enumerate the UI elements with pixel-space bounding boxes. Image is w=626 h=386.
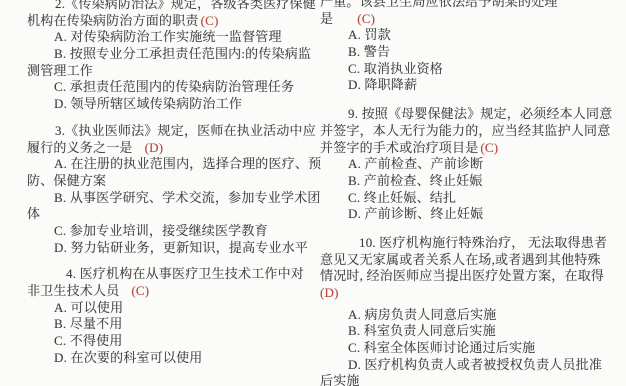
option-line: C. 不得使用 [27,333,323,350]
option-line: A. 罚款 [320,27,626,44]
option-line: A. 可以使用 [27,300,323,317]
option-text: B. 科室负责人同意后实施 [348,323,496,338]
question-text: 意见又无家属或者关系人在场,或者遇到其他特殊 [320,252,601,267]
question-line: 履行的义务之一是(D) [27,140,323,157]
right-column: 严重。该县卫生局应依法给予胡某的处理 是(C) A. 罚款 B. 警告 C. 取… [320,0,626,386]
question-text: 并签字的手术或治疗项目是 [320,140,478,155]
option-line: C. 科室全体医师讨论通过后实施 [320,340,626,357]
option-text: 后实施 [320,373,360,386]
option-text: B. 按照专业分工承担责任范围内:的传染病监 [54,46,311,61]
option-line: D. 领导所辖区域传染病防治工作 [27,96,323,113]
option-text: B. 产前检查、终止妊娠 [348,173,483,188]
answer-marker: (C) [201,13,219,28]
question-text: 机构在传染病防治方面的职责 [27,13,199,28]
question-line: 并签字，本人无行为能力的，应当经其监护人同意 [320,123,626,140]
answer-marker: (C) [357,11,375,26]
option-line: 防、保健方案 [27,173,323,190]
option-text: A. 罚款 [348,27,391,42]
option-text: A. 病房负责人同意后实施 [348,307,497,322]
option-text: D. 努力钻研业务，更新知识，提高专业水平 [54,240,308,255]
question-10: 10. 医疗机构施行特殊治疗， 无法取得患者 意见又无家属或者关系人在场,或者遇… [320,235,626,386]
option-text: 防、保健方案 [27,173,106,188]
option-text: B. 从事医学研究、学术交流，参加专业学术团 [54,190,321,205]
option-text: C. 终止妊娠、结扎 [348,190,456,205]
option-line: D. 降职降薪 [320,77,626,94]
option-text: C. 科室全体医师讨论通过后实施 [348,340,535,355]
option-text: A. 产前检查、产前诊断 [348,156,483,171]
question-2: 2.《传染病防治法》规定，各级各类医疗保健 机构在传染病防治方面的职责(C) A… [27,0,323,113]
option-line: D. 产前诊断、终止妊娠 [320,206,626,223]
option-text: D. 产前诊断、终止妊娠 [348,206,483,221]
option-text: 体 [27,206,40,221]
question-text: 非卫生技术人员 [27,283,119,298]
question-text: 履行的义务之一是 [27,140,133,155]
question-text: 2.《传染病防治法》规定，各级各类医疗保健 [55,0,316,11]
option-line: B. 产前检查、终止妊娠 [320,173,626,190]
option-line: D. 医疗机构负责人或者被授权负责人员批准 [320,357,626,374]
question-line: 情况时, 经治医师应当提出医疗处置方案，在取得 [320,268,626,285]
option-line: D. 努力钻研业务，更新知识，提高专业水平 [27,240,323,257]
option-line: A. 产前检查、产前诊断 [320,156,626,173]
option-text: A. 可以使用 [54,300,123,315]
option-text: A. 在注册的执业范围内，选择合理的医疗、预 [54,156,321,171]
option-text: D. 降职降薪 [348,77,417,92]
option-line: A. 对传染病防治工作实施统一监督管理 [27,29,323,46]
option-line: B. 科室负责人同意后实施 [320,323,626,340]
question-8-partial: 严重。该县卫生局应依法给予胡某的处理 是(C) A. 罚款 B. 警告 C. 取… [320,0,626,94]
question-line: 机构在传染病防治方面的职责(C) [27,13,323,30]
option-line: C. 取消执业资格 [320,61,626,78]
option-text: C. 不得使用 [54,333,123,348]
option-text: C. 取消执业资格 [348,61,443,76]
question-line: 是(C) [320,11,626,28]
option-text: D. 医疗机构负责人或者被授权负责人员批准 [348,357,602,372]
question-line: 非卫生技术人员(C) [27,283,323,300]
option-line: B. 从事医学研究、学术交流，参加专业学术团 [27,190,323,207]
question-line: 3.《执业医师法》规定，医师在执业活动中应 [27,123,323,140]
question-9: 9. 按照《母婴保健法》规定，必须经本人同意 并签字，本人无行为能力的，应当经其… [320,106,626,223]
option-text: C. 参加专业培训，接受继续医学教育 [54,223,268,238]
answer-marker: (D) [320,285,339,300]
answer-marker: (D) [145,140,164,155]
question-line: 意见又无家属或者关系人在场,或者遇到其他特殊 [320,252,626,269]
question-text: 是 [320,11,333,26]
option-text: D. 在次要的科室可以使用 [54,350,203,365]
option-text: A. 对传染病防治工作实施统一监督管理 [54,29,282,44]
question-line: 2.《传染病防治法》规定，各级各类医疗保健 [27,0,323,13]
question-text: 情况时, 经治医师应当提出医疗处置方案，在取得 [320,268,604,283]
question-text: 4. 医疗机构在从事医疗卫生技术工作中对 [66,266,304,281]
question-line: 9. 按照《母婴保健法》规定，必须经本人同意 [320,106,626,123]
document-page: 2.《传染病防治法》规定，各级各类医疗保健 机构在传染病防治方面的职责(C) A… [0,0,626,386]
option-line: A. 病房负责人同意后实施 [320,307,626,324]
option-line: 测管理工作 [27,63,323,80]
option-text: B. 尽量不用 [54,316,123,331]
question-4: 4. 医疗机构在从事医疗卫生技术工作中对 非卫生技术人员(C) A. 可以使用 … [27,266,323,366]
option-text: D. 领导所辖区域传染病防治工作 [54,96,242,111]
question-3: 3.《执业医师法》规定，医师在执业活动中应 履行的义务之一是(D) A. 在注册… [27,123,323,257]
option-line: C. 参加专业培训，接受继续医学教育 [27,223,323,240]
question-line: 4. 医疗机构在从事医疗卫生技术工作中对 [27,266,323,283]
option-line: 后实施 [320,373,626,386]
option-line: B. 警告 [320,44,626,61]
answer-line: (D) [320,285,626,302]
question-text: 严重。该县卫生局应依法给予胡某的处理 [320,0,558,9]
question-line: 10. 医疗机构施行特殊治疗， 无法取得患者 [320,235,626,252]
option-text: C. 承担责任范围内的传染病防治管理任务 [54,79,294,94]
option-line: C. 承担责任范围内的传染病防治管理任务 [27,79,323,96]
question-text: 并签字，本人无行为能力的，应当经其监护人同意 [320,123,610,138]
option-line: A. 在注册的执业范围内，选择合理的医疗、预 [27,156,323,173]
question-text: 9. 按照《母婴保健法》规定，必须经本人同意 [348,106,612,121]
question-line: 严重。该县卫生局应依法给予胡某的处理 [320,0,626,11]
question-text: 3.《执业医师法》规定，医师在执业活动中应 [55,123,316,138]
option-text: B. 警告 [348,44,390,59]
option-line: 体 [27,206,323,223]
question-text: 10. 医疗机构施行特殊治疗， 无法取得患者 [359,235,607,250]
option-line: B. 按照专业分工承担责任范围内:的传染病监 [27,46,323,63]
option-line: B. 尽量不用 [27,316,323,333]
answer-marker: (C) [480,140,498,155]
answer-marker: (C) [131,283,149,298]
question-line: 并签字的手术或治疗项目是(C) [320,140,626,157]
option-line: C. 终止妊娠、结扎 [320,190,626,207]
option-line: D. 在次要的科室可以使用 [27,350,323,367]
left-column: 2.《传染病防治法》规定，各级各类医疗保健 机构在传染病防治方面的职责(C) A… [27,0,323,366]
option-text: 测管理工作 [27,63,93,78]
